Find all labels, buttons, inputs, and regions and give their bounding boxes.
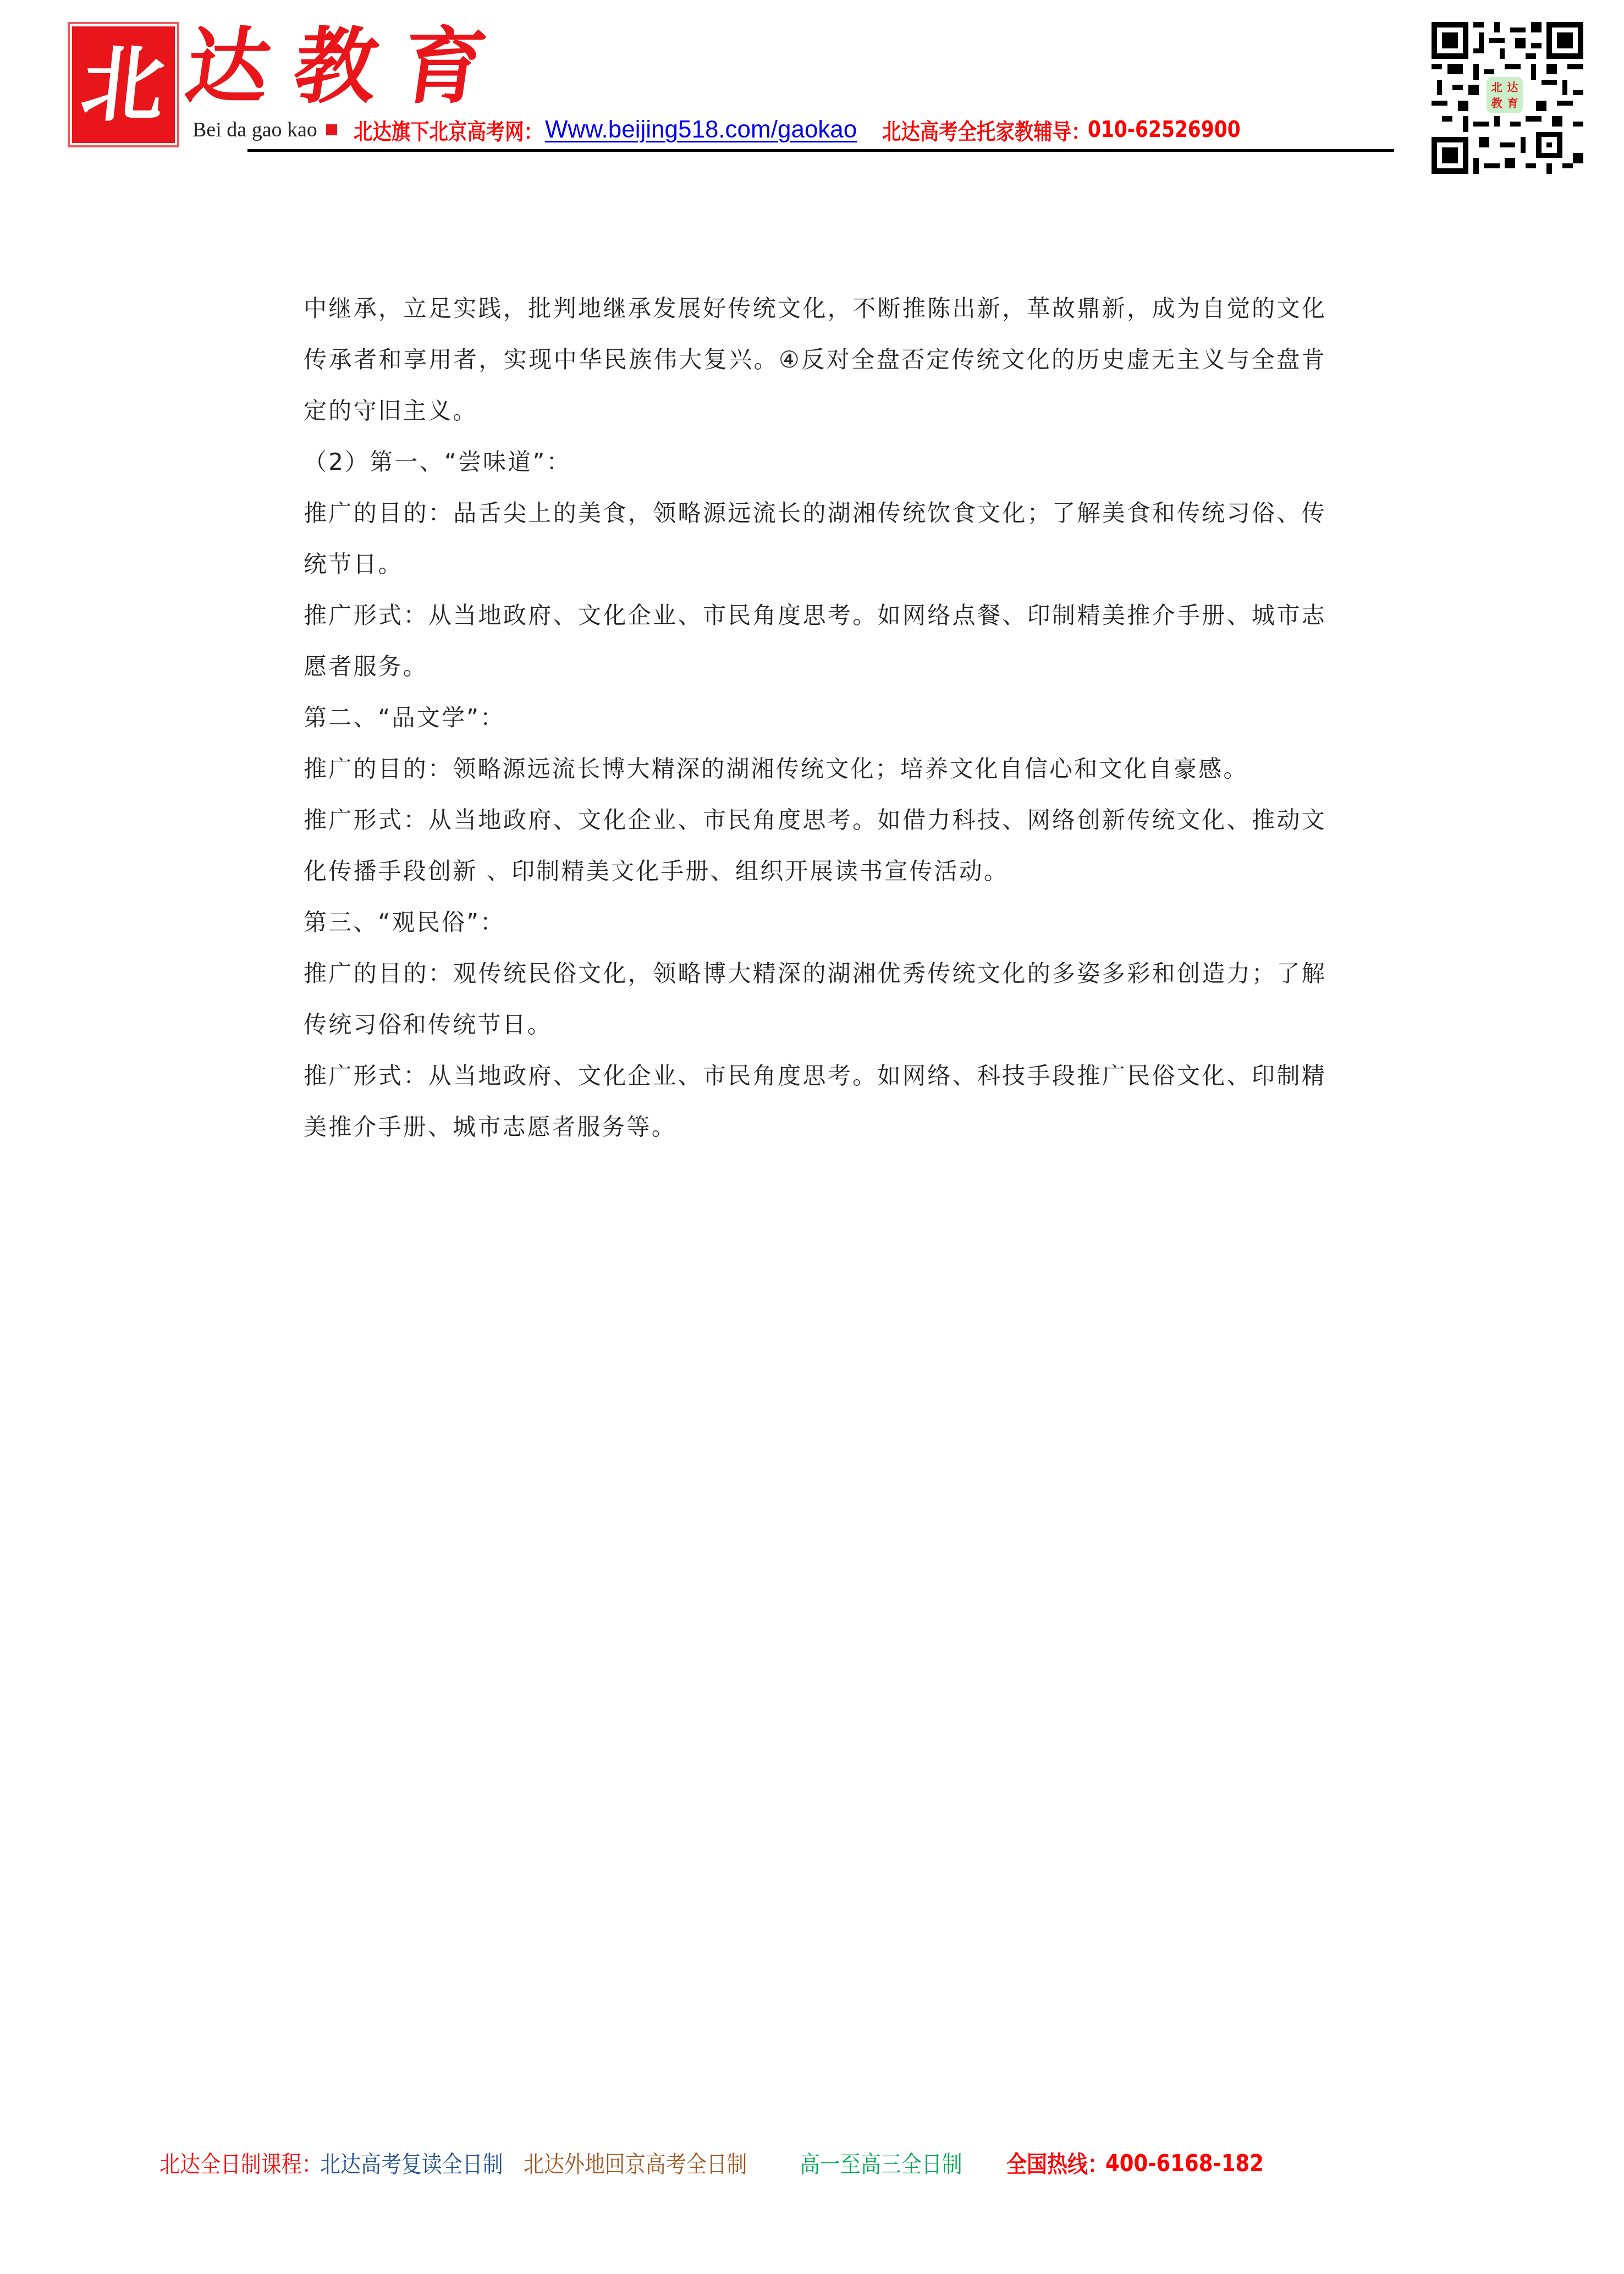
- paragraph: 推广的目的：领略源远流长博大精深的湖湘传统文化；培养文化自信心和文化自豪感。: [304, 743, 1326, 794]
- paragraph: 推广的目的：观传统民俗文化，领略博大精深的湖湘优秀传统文化的多姿多彩和创造力；了…: [304, 948, 1326, 1050]
- footer-hotline-number: 400-6168-182: [1105, 2150, 1264, 2177]
- section-heading: 第三、“观民俗”：: [304, 897, 1326, 948]
- paragraph: 推广形式：从当地政府、文化企业、市民角度思考。如网络、科技手段推广民俗文化、印制…: [304, 1050, 1326, 1152]
- footer-course-repeat: 北达高考复读全日制: [320, 2146, 503, 2179]
- footer-bar: 北达全日制课程： 北达高考复读全日制 北达外地回京高考全日制 高一至高三全日制 …: [159, 2145, 1285, 2180]
- qr-badge-char: 北: [1491, 82, 1502, 93]
- tutoring-phone: 010-62526900: [1088, 117, 1241, 142]
- logo-seal-char: 北: [78, 43, 169, 126]
- qr-badge-char: 教: [1491, 98, 1502, 109]
- footer-hotline-label: 全国热线：: [1006, 2146, 1108, 2179]
- footer-courses-label: 北达全日制课程：: [159, 2146, 322, 2179]
- logo-seal: 北: [72, 26, 175, 143]
- qr-code: 北 达 教 育: [1432, 22, 1583, 174]
- section-heading: 第二、“品文学”：: [304, 692, 1326, 743]
- logo-title-char: 育: [397, 25, 494, 108]
- tutoring-label: 北达高考全托家教辅导：: [882, 114, 1090, 146]
- qr-badge-char: 达: [1507, 82, 1518, 93]
- footer-course-senior-high: 高一至高三全日制: [800, 2146, 962, 2179]
- site-url-link[interactable]: Www.beijing518.com/gaokao: [545, 116, 857, 144]
- paragraph: 推广形式：从当地政府、文化企业、市民角度思考。如网络点餐、印制精美推介手册、城市…: [304, 590, 1326, 692]
- logo-pinyin: Bei da gao kao: [192, 118, 317, 142]
- qr-badge-char: 育: [1507, 98, 1518, 109]
- logo-title-char: 达: [181, 25, 278, 108]
- header-site-group: 北达旗下北京高考网：: [354, 114, 574, 146]
- paragraph: 推广形式：从当地政府、文化企业、市民角度思考。如借力科技、网络创新传统文化、推动…: [304, 794, 1326, 897]
- logo-title: 达 教 育: [187, 20, 488, 113]
- header-info-line: Bei da gao kao 北达旗下北京高考网： Www.beijing518…: [192, 114, 1265, 145]
- paragraph: 中继承，立足实践，批判地继承发展好传统文化，不断推陈出新，革故鼎新，成为自觉的文…: [304, 283, 1326, 436]
- qr-logo-badge: 北 达 教 育: [1487, 77, 1523, 113]
- paragraph: 推广的目的：品舌尖上的美食，领略源远流长的湖湘传统饮食文化；了解美食和传统习俗、…: [304, 487, 1326, 590]
- document-body: 中继承，立足实践，批判地继承发展好传统文化，不断推陈出新，革故鼎新，成为自觉的文…: [304, 283, 1326, 1152]
- section-heading: （2）第一、“尝味道”：: [304, 436, 1326, 487]
- bullet-square-icon: [326, 124, 337, 135]
- header-divider: [247, 149, 1394, 152]
- footer-course-return-beijing: 北达外地回京高考全日制: [524, 2146, 747, 2179]
- site-label: 北达旗下北京高考网：: [354, 114, 543, 146]
- logo-title-char: 教: [289, 25, 386, 108]
